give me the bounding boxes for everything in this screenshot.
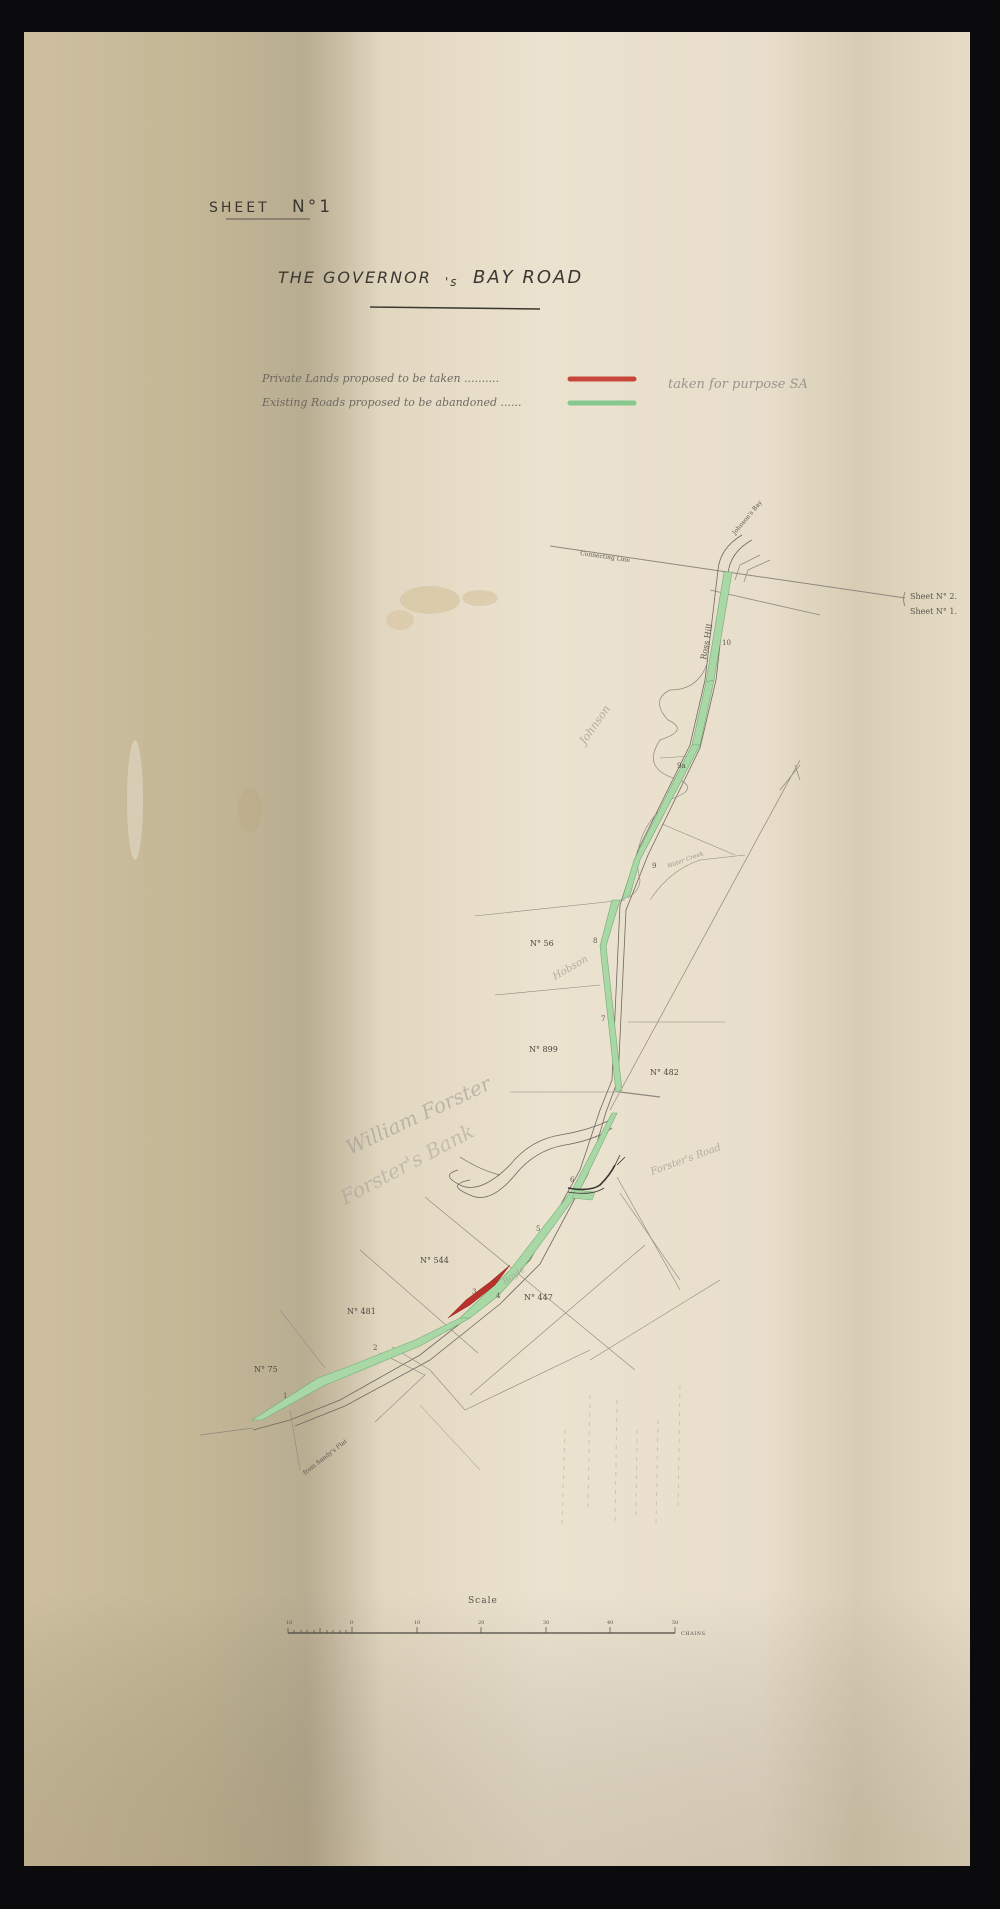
- svg-text:Sheet N° 2.: Sheet N° 2.: [910, 592, 957, 601]
- svg-text:10: 10: [414, 1620, 420, 1626]
- svg-text:3: 3: [472, 1288, 476, 1296]
- lot-447: N° 447: [524, 1293, 553, 1302]
- svg-text:10: 10: [286, 1620, 292, 1626]
- svg-text:THE GOVERNOR: THE GOVERNOR: [278, 268, 432, 287]
- svg-text:5: 5: [536, 1225, 540, 1233]
- svg-text:SHEET: SHEET: [209, 200, 270, 216]
- svg-text:BAY ROAD: BAY ROAD: [473, 267, 583, 288]
- svg-text:2: 2: [373, 1344, 377, 1352]
- lot-56: N° 56: [530, 939, 554, 948]
- lot-544: N° 544: [420, 1256, 449, 1265]
- lot-75: N° 75: [254, 1365, 278, 1374]
- map-sheet: SHEET N°1 THE GOVERNOR 's BAY ROAD Priva…: [0, 0, 1000, 1909]
- svg-text:Existing Roads proposed to be: Existing Roads proposed to be abandoned …: [261, 396, 522, 409]
- svg-text:10: 10: [722, 639, 731, 647]
- svg-text:9: 9: [652, 862, 656, 870]
- svg-text:6: 6: [570, 1176, 575, 1184]
- svg-text:N°1: N°1: [292, 197, 333, 217]
- svg-text:Scale: Scale: [468, 1596, 498, 1606]
- svg-text:Private Lands proposed to be t: Private Lands proposed to be taken .....…: [261, 372, 499, 385]
- svg-text:1: 1: [283, 1392, 287, 1400]
- svg-text:CHAINS: CHAINS: [681, 1631, 706, 1637]
- svg-text:50: 50: [672, 1620, 678, 1626]
- lot-899: N° 899: [529, 1045, 558, 1054]
- lot-481: N° 481: [347, 1307, 376, 1316]
- svg-text:8: 8: [593, 937, 597, 945]
- svg-text:taken for purpose SA: taken for purpose SA: [668, 377, 808, 392]
- svg-text:30: 30: [543, 1620, 549, 1626]
- svg-text:20: 20: [478, 1620, 484, 1626]
- lot-482: N° 482: [650, 1068, 679, 1077]
- svg-text:40: 40: [607, 1620, 613, 1626]
- svg-text:0: 0: [350, 1620, 353, 1626]
- svg-text:9a: 9a: [677, 762, 686, 770]
- svg-text:Sheet N° 1.: Sheet N° 1.: [910, 607, 957, 616]
- svg-text:4: 4: [496, 1292, 501, 1300]
- svg-text:7: 7: [601, 1015, 605, 1023]
- svg-text:'s: 's: [445, 275, 459, 289]
